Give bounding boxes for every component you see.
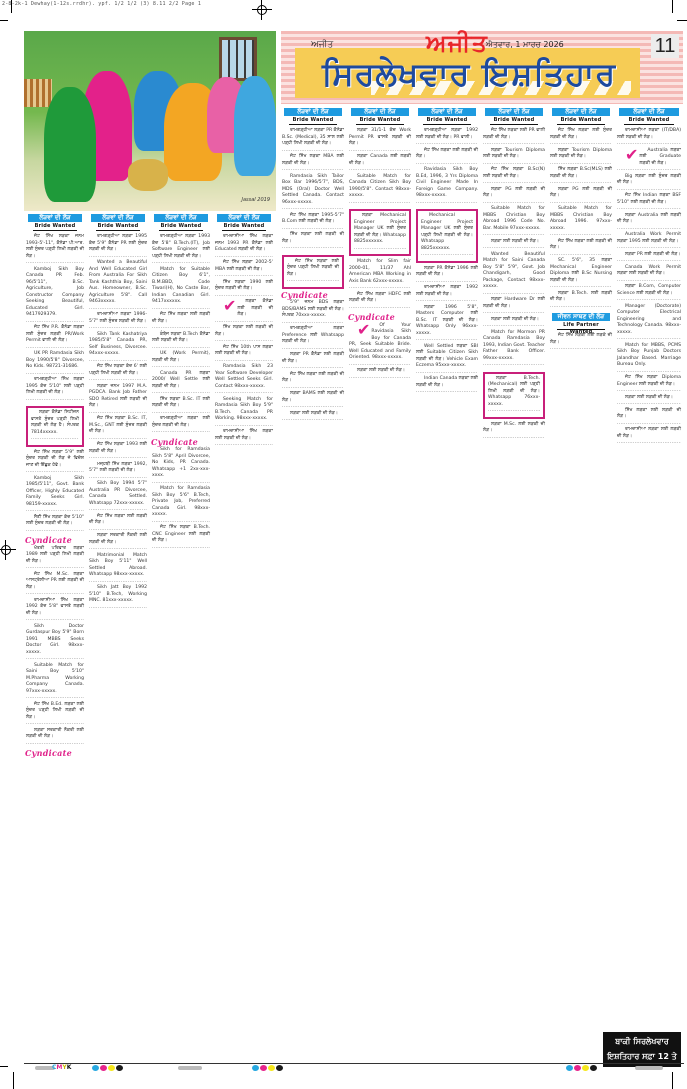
ad-text: ਲੜਕਾ PG ਲਈ ਲੜਕੀ ਦੀ ਲੋੜ। bbox=[550, 187, 612, 199]
crop-mark bbox=[672, 0, 673, 13]
ad-text: ਜੱਟ ਸਿੱਖ ਲੜਕੀ ਲਈ ਲੜਕੇ ਦੀ ਲੋੜ। bbox=[550, 333, 612, 345]
magenta-dot-icon bbox=[260, 1065, 267, 1071]
classified-ad: ਜੱਟ ਸਿੱਖ ਲੜਕੀ ਲਈ ਲੜਕੇ ਦੀ ਲੋੜ।1Sw bbox=[550, 333, 612, 353]
cyndicate-logo: Cyndicate bbox=[25, 537, 85, 544]
ad-text: ਜੱਟ ਸਿੱਖ M.Sc. ਲੜਕਾ ਆਸਟ੍ਰੇਲੀਆ PR ਲਈ ਲੜਕੀ… bbox=[26, 572, 84, 590]
classified-ad: ਲੜਕਾ ਲਈ ਲੜਕੀ ਦੀ ਲੋੜ।17w bbox=[483, 317, 545, 330]
classified-ad: ਲੜਕਾ 31/1-1 ਕੱਦ Work Permit PR ਵਾਸਤੇ ਲੜਕ… bbox=[349, 128, 411, 154]
classified-ad: ਲੜਕਾ BAMS ਲਈ ਲੜਕੀ ਦੀ ਲੋੜ।1Sw bbox=[282, 391, 344, 411]
ad-text: ਰਾਮਦਾਸੀਆ ਲੜਕਾ 1992 ਲਈ ਲੜਕੀ ਦੀ ਲੋੜ। bbox=[416, 285, 478, 297]
ad-text: ਜੱਟ ਸਿੱਖ ਲੜਕਾ ਜਨਮ 1993-5'-11", ਕੈਨੇਡਾ ਪੀ… bbox=[26, 234, 84, 259]
column-header: ਲੋੜਵਾਂ ਦੀ ਲੋੜ bbox=[552, 108, 610, 116]
classified-ad: ਲੜਕਾ ਜਨਮ 1997 M.A. PGDCA. Bank Job Fathe… bbox=[89, 384, 147, 417]
crop-mark bbox=[672, 1072, 673, 1089]
ad-text: ਲੜਕਾ B.Tech. ਲਈ ਲੜਕੀ ਦੀ ਲੋੜ। bbox=[550, 291, 612, 303]
boxed-classified-ad: Mechanical Engineer Project Manager UK ਲ… bbox=[416, 209, 478, 263]
magenta-dot-icon bbox=[574, 1065, 581, 1071]
classified-ad: ਲੜਕਾ ਲਈ ਲੜਕੀ ਦੀ ਲੋੜ।17w bbox=[617, 395, 681, 408]
ad-text: ਰਾਮਗੜ੍ਹੀਆ ਲੜਕਾ 1993 ਕੱਦ 5'8" B.Tech.(IT)… bbox=[152, 234, 210, 259]
newspaper-name-small: ਅਜੀਤ bbox=[311, 40, 333, 50]
column-subheader: Bride Wanted bbox=[159, 223, 203, 231]
continued-line-1: ਬਾਕੀ ਸਿਰਲੇਖਵਾਰ bbox=[603, 1034, 681, 1049]
ad-code: 1Sw bbox=[89, 605, 147, 612]
yellow-dot-icon bbox=[582, 1065, 589, 1071]
ad-text: ਮਜ਼੍ਹਬੀ ਸਿੱਖ ਲੜਕਾ 1992, 5'7" ਲਈ ਲੜਕੀ ਦੀ … bbox=[89, 462, 147, 474]
classified-ad: Match for Ramdasia Sikh Boy 5'6" B.Tech,… bbox=[152, 486, 210, 525]
ad-text: ਲੜਕਾ PR ਕੈਨੇਡਾ ਲਈ ਲੜਕੀ ਦੀ ਲੋੜ। bbox=[282, 352, 344, 364]
classified-ad: ਰਾਮਗੜ੍ਹੀਆ ਸਿੱਖ ਲੜਕਾ 1995 ਕੱਦ 5'10" ਲਈ ਪੜ… bbox=[26, 377, 84, 403]
classified-ad: ਜੱਟ ਸਿੱਖ ਲੜਕਾ ਲਈ ਲੜਕੀ ਦੀ ਲੋੜ।1Sw bbox=[152, 312, 210, 332]
column-subheader: Bride Wanted bbox=[490, 117, 538, 125]
classified-column: ਲੋੜਵਾਂ ਦੀ ਲੋੜBride Wantedਜੱਟ ਸਿੱਖ ਲੜਕਾ ਲ… bbox=[482, 108, 546, 1060]
ad-text: ਸਿੱਖ ਲੜਕਾ ਲਈ ਲੜਕੀ ਦੀ ਲੋੜ। bbox=[215, 325, 273, 337]
classified-ad: ਜੱਟ ਸਿੱਖ ਲੜਕਾ ਲਈ ਲੜਕੀ ਦੀ ਲੋੜ।1Sw bbox=[550, 239, 612, 259]
ad-text: Sikh for Ramdasia Sikh 5'8" April Divorc… bbox=[152, 447, 210, 478]
column-subheader: Bride Wanted bbox=[33, 223, 77, 231]
ad-text: ਲੜਕਾ M.Sc. ਲਈ ਲੜਕੀ ਦੀ ਲੋੜ। bbox=[483, 422, 545, 434]
ad-code: 17w bbox=[282, 417, 344, 424]
ad-text: ਲੜਕਾ ਲਈ ਲੜਕੀ ਦੀ ਲੋੜ। bbox=[491, 317, 539, 322]
ad-code: 1Sw bbox=[416, 200, 478, 207]
ad-code: 1Sw bbox=[550, 346, 612, 353]
cyan-dot-icon bbox=[252, 1065, 259, 1071]
ad-text: Ravidasia Sikh Boy B.Ed, 1996, 3 Yrs Dip… bbox=[416, 167, 478, 198]
ad-code: 1Sw bbox=[26, 741, 84, 748]
classified-column: ਲੋੜਵਾਂ ਦੀ ਲੋੜBride Wantedਰਾਮਦਾਸੀਆ ਲੜਕਾ (… bbox=[616, 108, 682, 1028]
ad-text: ਲੜਕਾ Canada ਲਈ ਲੜਕੀ ਦੀ ਲੋੜ। bbox=[349, 154, 411, 166]
classified-ad: Ramdasia Sikh 23 Year Software Developer… bbox=[215, 364, 273, 397]
figure-green bbox=[44, 87, 96, 202]
column-subheader: Bride Wanted bbox=[624, 117, 674, 125]
checkmark-icon: ✔ bbox=[349, 323, 370, 337]
yellow-dot-icon bbox=[268, 1065, 275, 1071]
column-header: ਲੋੜਵਾਂ ਦੀ ਲੋੜ bbox=[485, 108, 543, 116]
black-dot-icon bbox=[276, 1065, 283, 1071]
classified-ad: ✔ਲੜਕਾ ਕੈਨੇਡਾ ਲਈ ਲੜਕੀ ਦੀ ਲੋੜ।1Sw bbox=[215, 299, 273, 325]
classified-ad: ਲੜਕਾ Australia ਲਈ ਲੜਕੀ ਦੀ ਲੋੜ।1Sw bbox=[617, 213, 681, 233]
cmyk-swatch bbox=[92, 1065, 123, 1071]
classified-ad: ਜੱਟ ਸਿੱਖ ਲੜਕਾ HDFC ਲਈ ਲੜਕੀ ਦੀ ਲੋੜ।20w bbox=[349, 292, 411, 312]
bottom-rule bbox=[24, 1063, 684, 1064]
ad-code: 20w bbox=[287, 278, 339, 285]
classified-ad: ਰਾਮਦਾਸੀਆ ਲੜਕਾ 1992 ਲਈ ਲੜਕੀ ਦੀ ਲੋੜ।20w bbox=[416, 285, 478, 305]
classified-ad: ਰਾਮਦਾਸੀਆ ਸਿੱਖ ਲੜਕਾ ਜਨਮ 1993 PR ਕੈਨੇਡਾ ਲਈ… bbox=[215, 234, 273, 260]
ad-text: ਸਿੱਖ ਲੜਕਾ ਲਈ ਲੜਕੀ ਦੀ ਲੋੜ। bbox=[617, 408, 681, 420]
classified-ad: Big ਲੜਕਾ ਲਈ ਸੁੰਦਰ ਲੜਕੀ ਦੀ ਲੋੜ।1Sw bbox=[617, 174, 681, 194]
ad-text: ਲੜਕਾ Australia ਲਈ ਲੜਕੀ ਦੀ ਲੋੜ। bbox=[617, 213, 681, 225]
ad-code: 1Sw bbox=[349, 375, 411, 382]
boxed-classified-ad: ਲੜਕਾ B.Tech. (Mechanical) ਲਈ ਪੜ੍ਹੀ ਲਿਖੀ … bbox=[483, 372, 545, 419]
ad-code: 17w bbox=[483, 362, 545, 369]
crop-mark bbox=[0, 1066, 8, 1067]
classified-ad: ਲੜਕਾ ਲਈ ਲੜਕੀ ਦੀ ਲੋੜ।17w bbox=[282, 411, 344, 424]
magenta-dot-icon bbox=[100, 1065, 107, 1071]
classified-ad: ਸਿੱਖ ਲੜਕਾ B.Sc(MLS) ਲਈ ਲੜਕੀ ਦੀ ਲੋੜ।17w bbox=[550, 167, 612, 187]
ad-text: Australia Work Permit ਲੜਕਾ 1995 ਲਈ ਲੜਕੀ … bbox=[617, 232, 681, 244]
ad-text: ਜੱਟ ਸਿੱਖ ਲੜਕਾ ਲਈ ਲੜਕੀ ਦੀ ਲੋੜ। bbox=[152, 312, 210, 324]
ad-text: Match for Suitable Citizen Boy 6'1", B.M… bbox=[152, 267, 210, 305]
classified-ad: Sikh for Ramdasia Sikh 5'8" April Divorc… bbox=[152, 447, 210, 486]
classified-ad: ਜੱਟ ਸਿੱਖ ਲੜਕਾ B.Sc. IT, M.Sc., GNT ਲਈ ਸੁ… bbox=[89, 416, 147, 442]
classified-ad: Wanted Beautiful Match for Saini Canada … bbox=[483, 252, 545, 298]
ad-text: Kamboj Sikh Boy Canada PR Feb. 96/5'11",… bbox=[26, 267, 84, 318]
cmyk-label: CMYK bbox=[52, 1064, 71, 1071]
classified-ad: Indian Canada ਲੜਕਾ ਲਈ ਲੜਕੀ ਦੀ ਲੋੜ।20w bbox=[416, 376, 478, 396]
classified-ad: ਰਾਮਗੜ੍ਹੀਆ ਲੜਕਾ ਲਈ ਸੁੰਦਰ ਲੜਕੀ ਦੀ ਲੋੜ।1Sw bbox=[152, 416, 210, 436]
ad-text: Suitable Match for MBBS Christian Boy Ab… bbox=[483, 206, 545, 231]
ad-text: Sikh Jatt Boy 1992 5'10" B.Tech, Working… bbox=[89, 585, 147, 603]
ad-text: ਜੱਟ ਸਿੱਖ ਲੜਕਾ 5'9" ਲਈ ਸੁੰਦਰ ਲੜਕੀ ਦੀ ਲੋੜ … bbox=[26, 450, 84, 468]
crop-mark bbox=[0, 20, 8, 21]
classified-ad: ਜੱਟ ਸਿੱਖ B.Ed. ਲੜਕਾ ਲਈ ਸੁੰਦਰ ਪੜ੍ਹੀ ਲਿਖੀ … bbox=[26, 702, 84, 728]
classified-ad: ਲੜਕਾ PG ਲਈ ਲੜਕੀ ਦੀ ਲੋੜ।1Sw bbox=[550, 187, 612, 207]
ad-text: ਜੱਟ ਸਿੱਖ ਲੜਕਾ ਲਈ PR ਵਾਲੀ ਲੜਕੀ ਦੀ ਲੋੜ। bbox=[483, 128, 545, 140]
ad-text: ਲੜਕਾ ਸਰਕਾਰੀ ਨੌਕਰੀ ਲਈ ਲੜਕੀ ਦੀ ਲੋੜ। bbox=[89, 533, 147, 545]
classified-ad: SC. 5'6", 35 ਲੜਕਾ Mechanical Engineer Di… bbox=[550, 258, 612, 291]
classified-ad: Sikh Boy 1994 5'7" Australia PR Divorcee… bbox=[89, 481, 147, 514]
classified-ad: Match for Mormon PR Canada Ramdasia Boy … bbox=[483, 330, 545, 369]
ad-text: Mechanical Engineer Project Manager UK ਲ… bbox=[421, 213, 473, 251]
ad-text: ਲੜਕਾ 1996 5'8", Masters Computer ਲਈ B.Sc… bbox=[416, 305, 478, 336]
basket-illustration bbox=[128, 159, 168, 191]
ad-text: ਰਾਮਗੜ੍ਹੀਆ ਲੜਕਾ PR ਕੈਨੇਡਾ B.Sc. (Medical)… bbox=[282, 128, 344, 146]
ad-text: ਜੱਟ ਸਿੱਖ P.R. ਕੈਨੇਡਾ ਲੜਕਾ ਲਈ ਸੁੰਦਰ ਲੜਕੀ … bbox=[26, 325, 84, 343]
boxed-classified-ad: ਜੱਟ ਸਿੱਖ ਲੜਕਾ ਲਈ ਸੁੰਦਰ ਪੜ੍ਹੀ ਲਿਖੀ ਲੜਕੀ ਦ… bbox=[282, 255, 344, 289]
classified-ad: Manager (Doctorate) Computer Electrical … bbox=[617, 304, 681, 343]
classified-ad: ਲੜਕਾ ਸਰਕਾਰੀ ਨੌਕਰੀ ਲਈ ਲੜਕੀ ਦੀ ਲੋੜ।1Sw bbox=[26, 728, 84, 748]
classified-ad: ਲੜਕਾ ਲਈ ਲੜਕੀ ਦੀ ਲੋੜ।1Sw bbox=[349, 368, 411, 381]
classified-ad: Sikh Jatt Boy 1992 5'10" B.Tech, Working… bbox=[89, 585, 147, 611]
ad-text: ਲੜਕਾ Hardware Dr ਲਈ ਲੜਕੀ ਦੀ ਲੋੜ। bbox=[483, 297, 545, 309]
yellow-dot-icon bbox=[108, 1065, 115, 1071]
classified-ad: Match for MBBS, PCMS Sikh Boy Punjab Doc… bbox=[617, 343, 681, 376]
boxed-classified-ad: ਲੜਕਾ Mechanical Engineer Project Manager… bbox=[349, 209, 411, 256]
classified-ad: ਜੱਟ ਸਿੱਖ ਲੜਕਾ ਜਨਮ 1993-5'-11", ਕੈਨੇਡਾ ਪੀ… bbox=[26, 234, 84, 267]
life-partner-subheader: Life Partner Wanted bbox=[557, 322, 605, 330]
ad-text: Match for Mormon PR Canada Ramdasia Boy … bbox=[483, 330, 545, 361]
ad-text: Match for Slim fair 2000-01, 11/37 Ahl A… bbox=[349, 259, 411, 284]
ad-text: ਲੜਕਾ 31/1-1 ਕੱਦ Work Permit PR ਵਾਸਤੇ ਲੜਕ… bbox=[349, 128, 411, 146]
ad-text: Sikh Tank Kashatriya 1985/5'8" Canada PR… bbox=[89, 332, 147, 357]
column-header: ਲੋੜਵਾਂ ਦੀ ਲੋੜ bbox=[91, 214, 145, 222]
classified-ad: ✔Australia ਲੜਕਾ ਲਈ Graduate ਲੜਕੀ ਦੀ ਲੋੜ।… bbox=[617, 148, 681, 174]
classified-ad: 5'9" ਜਨਮ BDS ਲੜਕਾ BDS/BAMS ਲਈ ਲੜਕੀ ਦੀ ਲੋ… bbox=[282, 300, 344, 326]
ad-text: ਲੜਕਾ ਕੈਨੇਡਾ ਲਈ ਲੜਕੀ ਦੀ ਲੋੜ। bbox=[237, 299, 273, 317]
classified-ad: ਰਾਮਦਾਸੀਆ ਸਿੱਖ ਲੜਕਾ ਲਈ ਲੜਕੀ ਦੀ ਲੋੜ।17w bbox=[215, 429, 273, 449]
classified-ad: Ravidasia Sikh Boy B.Ed, 1996, 3 Yrs Dip… bbox=[416, 167, 478, 206]
classified-ad: ਜੱਟ ਸਿੱਖ ਲੜਕਾ ਲਈ ਲੜਕੀ ਦੀ ਲੋੜ।1Sw bbox=[89, 514, 147, 534]
ad-code: 17w bbox=[215, 442, 273, 449]
column-header: ਲੋੜਵਾਂ ਦੀ ਲੋੜ bbox=[154, 214, 208, 222]
ad-code: 1Sw bbox=[550, 304, 612, 311]
ad-text: ਲੜਕਾ B.Tech. (Mechanical) ਲਈ ਪੜ੍ਹੀ ਲਿਖੀ … bbox=[488, 376, 540, 407]
ad-text: ਰਾਮਦਾਸੀਆ ਲੜਕਾ ਲਈ ਲੜਕੀ ਦੀ ਲੋੜ। bbox=[617, 427, 681, 439]
ad-code: 20w bbox=[31, 436, 79, 443]
ad-text: ਸਿੱਖ ਲੜਕਾ B.Sc(MLS) ਲਈ ਲੜਕੀ ਦੀ ਲੋੜ। bbox=[550, 167, 612, 179]
classified-ad: ਸਿੱਖ ਲੜਕਾ ਲਈ ਲੜਕੀ ਦੀ ਲੋੜ।1Sw bbox=[282, 232, 344, 252]
classified-ad: Suitable Match for Saini Boy 5'10" M.Pha… bbox=[26, 663, 84, 702]
boxed-classified-ad: ਲੜਕਾ ਕੈਨੇਡਾ ਸਿਟੀਜ਼ਨ ਵਾਸਤੇ ਸੁੰਦਰ ਪੜ੍ਹੀ ਲਿ… bbox=[26, 406, 84, 447]
ad-text: ਲੜਕਾ ਸਰਕਾਰੀ ਨੌਕਰੀ ਲਈ ਲੜਕੀ ਦੀ ਲੋੜ। bbox=[26, 728, 84, 740]
classified-ad: ਲੜਕਾ PG ਲਈ ਲੜਕੀ ਦੀ ਲੋੜ।1Sw bbox=[483, 187, 545, 207]
ad-text: UK PR Ramdasia Sikh Boy 1990/5'8" Divorc… bbox=[26, 351, 84, 369]
ad-code: 17w bbox=[26, 528, 84, 535]
classified-ad: ਲੜਕਾ M.Sc. ਲਈ ਲੜਕੀ ਦੀ ਲੋੜ।1Sw bbox=[483, 422, 545, 442]
cmyk-swatch bbox=[252, 1065, 283, 1071]
ad-text: ਖੱਤਰੀ ਪਰਿਵਾਰ ਲੜਕਾ 1989 ਲਈ ਪੜ੍ਹੀ ਲਿਖੀ ਲੜਕ… bbox=[26, 546, 84, 564]
crop-mark bbox=[13, 1072, 14, 1089]
ad-code: 20w bbox=[421, 252, 473, 259]
ad-text: ਲੜਕਾ Mechanical Engineer Project Manager… bbox=[354, 213, 406, 244]
classified-ad: Suitable Match for MBBS Christian Boy Ab… bbox=[483, 206, 545, 239]
classified-ad: ਰਾਮਗੜ੍ਹੀਆ ਲੜਕਾ 1993 ਕੱਦ 5'8" B.Tech.(IT)… bbox=[152, 234, 210, 267]
ad-text: ਲੜਕਾ PR ਕੈਨੇਡਾ 1996 ਲਈ ਲੜਕੀ ਦੀ ਲੋੜ। bbox=[416, 266, 478, 278]
crop-mark bbox=[677, 20, 687, 21]
classified-ad: ਸਿੱਖ ਲੜਕਾ ਲਈ ਲੜਕੀ ਦੀ ਲੋੜ।23w bbox=[617, 408, 681, 428]
ad-text: ਜੱਟ ਸਿੱਖ ਲੜਕਾ HDFC ਲਈ ਲੜਕੀ ਦੀ ਲੋੜ। bbox=[349, 292, 411, 304]
ad-text: ਜੱਟ ਸਿੱਖ 10th ਪਾਸ ਲੜਕਾ ਲਈ ਲੜਕੀ ਦੀ ਲੋੜ। bbox=[215, 345, 273, 357]
classified-column: ਲੋੜਵਾਂ ਦੀ ਲੋੜBride Wantedਲੜਕਾ 31/1-1 ਕੱਦ… bbox=[348, 108, 412, 1060]
ad-text: ਲੜਕਾ ਲਈ ਲੜਕੀ ਦੀ ਲੋੜ। bbox=[290, 411, 338, 416]
black-dot-icon bbox=[590, 1065, 597, 1071]
classified-column: ਲੋੜਵਾਂ ਦੀ ਲੋੜBride Wantedਰਾਮਗੜ੍ਹੀਆ ਲੜਕਾ … bbox=[415, 108, 479, 1060]
classified-ad: ਰਾਮਦਾਸੀਆ ਸਿੱਖ ਲੜਕਾ 1992 ਕੱਦ 5'8" ਵਾਸਤੇ ਲ… bbox=[26, 598, 84, 624]
classified-ad: ਜੱਟ ਸਿੱਖ ਲੜਕਾ Diploma Engineer ਲਈ ਲੜਕੀ ਦ… bbox=[617, 375, 681, 395]
ad-code: 20w bbox=[488, 408, 540, 415]
classified-ad: ਸਿੱਖ ਲੜਕਾ ਲਈ ਲੜਕੀ ਦੀ ਲੋੜ।1Sw bbox=[215, 325, 273, 345]
ad-text: ਰਾਮਗੜ੍ਹੀਆ ਲੜਕਾ ਲਈ ਸੁੰਦਰ ਲੜਕੀ ਦੀ ਲੋੜ। bbox=[152, 416, 210, 428]
ad-text: ਜੱਟ ਸਿੱਖ ਲੜਕਾ ਲਈ ਲੜਕੀ ਦੀ ਲੋੜ। bbox=[416, 148, 478, 160]
column-subheader: Bride Wanted bbox=[557, 117, 605, 125]
classified-ad: ਜੱਟ ਸਿੱਖ 10th ਪਾਸ ਲੜਕਾ ਲਈ ਲੜਕੀ ਦੀ ਲੋੜ।17… bbox=[215, 345, 273, 365]
classified-ad: Seeking Match for Ramdasia Sikh Boy 5'9"… bbox=[215, 397, 273, 430]
ad-text: ਸੈਣੀ ਸਿੱਖ ਲੜਕਾ ਕੱਦ 5'10" ਲਈ ਸੁੰਦਰ ਲੜਕੀ ਦ… bbox=[26, 515, 84, 527]
ad-text: ਲੜਕਾ PG ਲਈ ਲੜਕੀ ਦੀ ਲੋੜ। bbox=[483, 187, 545, 199]
classified-ad: Sikh Doctor Gurdaspur Boy 5'9" Born 1991… bbox=[26, 624, 84, 663]
classified-ad: ਲੜਕਾ Hardware Dr ਲਈ ਲੜਕੀ ਦੀ ਲੋੜ।20w bbox=[483, 297, 545, 317]
ad-text: ਸਿੱਖ ਲੜਕਾ B.Sc. IT ਲਈ ਲੜਕੀ ਦੀ ਲੋੜ। bbox=[152, 397, 210, 409]
classified-ad: ਰਾਮਗੜ੍ਹੀਆ ਲੜਕਾ PR ਕੈਨੇਡਾ B.Sc. (Medical)… bbox=[282, 128, 344, 154]
classified-ad: ਸਿੱਖ ਲੜਕਾ B.Sc. IT ਲਈ ਲੜਕੀ ਦੀ ਲੋੜ।17w bbox=[152, 397, 210, 417]
ad-text: Suitable Match for Saini Boy 5'10" M.Pha… bbox=[26, 663, 84, 694]
ad-text: Big ਲੜਕਾ ਲਈ ਸੁੰਦਰ ਲੜਕੀ ਦੀ ਲੋੜ। bbox=[617, 174, 681, 186]
classified-ad: ਜੱਟ ਸਿੱਖ ਲੜਕਾ 1993 ਲਈ ਲੜਕੀ ਦੀ ਲੋੜ।1Sw bbox=[89, 442, 147, 462]
classified-ad: ਲੜਕਾ B.Tech. ਲਈ ਲੜਕੀ ਦੀ ਲੋੜ।1Sw bbox=[550, 291, 612, 311]
ad-code: 1Sw bbox=[152, 545, 210, 552]
crop-mark bbox=[11, 0, 12, 13]
classified-ad: UK PR Ramdasia Sikh Boy 1990/5'8" Divorc… bbox=[26, 351, 84, 377]
ad-text: ਜੱਟ ਸਿੱਖ B.Ed. ਲੜਕਾ ਲਈ ਸੁੰਦਰ ਪੜ੍ਹੀ ਲਿਖੀ … bbox=[26, 702, 84, 720]
ad-text: ਲੜਕਾ ਲਈ ਲੜਕੀ ਦੀ ਲੋੜ। bbox=[625, 395, 673, 400]
ad-text: ਜੱਟ ਸਿੱਖ ਲੜਕਾ ਲਈ ਲੜਕੀ ਦੀ ਲੋੜ। bbox=[282, 372, 344, 384]
classified-ad: ਮਜ਼੍ਹਬੀ ਸਿੱਖ ਲੜਕਾ 1992, 5'7" ਲਈ ਲੜਕੀ ਦੀ … bbox=[89, 462, 147, 482]
ad-text: ਲੜਕਾ ਲਈ ਲੜਕੀ ਦੀ ਲੋੜ। bbox=[357, 368, 405, 373]
classified-ad: Match for Suitable Citizen Boy 6'1", B.M… bbox=[152, 267, 210, 313]
ad-text: UK (Work Permit), ਲੜਕੀ ਦੀ ਲੋੜ। bbox=[152, 351, 210, 363]
page-number: 11 bbox=[651, 34, 679, 58]
ad-text: ਲੜਕਾ Tourism Diploma ਲਈ ਲੜਕੀ ਦੀ ਲੋੜ। bbox=[483, 148, 545, 160]
ad-text: ਜੱਟ ਸਿੱਖ Indian ਲੜਕਾ BSF 5'10" ਲਈ ਲੜਕੀ ਦ… bbox=[617, 193, 681, 205]
column-subheader: Bride Wanted bbox=[222, 223, 266, 231]
ad-text: ਜੱਟ ਸਿੱਖ ਲੜਕਾ Diploma Engineer ਲਈ ਲੜਕੀ ਦ… bbox=[617, 375, 681, 387]
ad-code: 1Sw bbox=[617, 440, 681, 447]
ad-text: Australia ਲੜਕਾ ਲਈ Graduate ਲੜਕੀ ਦੀ ਲੋੜ। bbox=[639, 148, 681, 166]
ad-code: 1Sw bbox=[282, 245, 344, 252]
classified-ad: Suitable Match for MBBS Christian Boy Ab… bbox=[550, 206, 612, 239]
life-partner-header: ਜੀਵਨ ਸਾਥਣ ਦੀ ਲੋੜ bbox=[552, 313, 610, 321]
ad-text: ਲੜਕਾ BAMS ਲਈ ਲੜਕੀ ਦੀ ਲੋੜ। bbox=[282, 391, 344, 403]
ad-text: ਜੱਟ ਸਿੱਖ ਲੜਕਾ 1995-5'7" B.Com ਲਈ ਲੜਕੀ ਦੀ… bbox=[282, 213, 344, 225]
column-subheader: Bride Wanted bbox=[423, 117, 471, 125]
classified-ad: Kamboj Sikh Boy Canada PR Feb. 96/5'11",… bbox=[26, 267, 84, 326]
ad-text: ਜੱਟ ਸਿੱਖ ਲੜਕਾ ਕੱਦ 6' ਲਈ ਪੜ੍ਹੀ ਲਿਖੀ ਲੜਕੀ … bbox=[89, 364, 147, 376]
ad-text: ਸਿੱਖ ਲੜਕਾ 1990 ਲਈ ਸੁੰਦਰ ਲੜਕੀ ਦੀ ਲੋੜ। bbox=[215, 280, 273, 292]
classified-column: ਲੋੜਵਾਂ ਦੀ ਲੋੜBride Wantedਰਾਮਗੜ੍ਹੀਆ ਲੜਕਾ … bbox=[88, 214, 148, 1060]
column-header: ਲੋੜਵਾਂ ਦੀ ਲੋੜ bbox=[284, 108, 342, 116]
classified-ad: ਲੜਕਾ Canada ਲਈ ਲੜਕੀ ਦੀ ਲੋੜ।1Sw bbox=[349, 154, 411, 174]
classified-ad: Kamboj Sikh 1985/5'11", Govt. Bank Offic… bbox=[26, 476, 84, 515]
ad-text: Seeking Match for Ramdasia Sikh Boy 5'9"… bbox=[215, 397, 273, 422]
artist-signature: Jassal 2019 bbox=[241, 197, 270, 203]
ad-text: ਰਾਮਦਾਸੀਆ ਲੜਕਾ (IT/DBA) ਲਈ ਲੜਕੀ ਦੀ ਲੋੜ। bbox=[617, 128, 681, 140]
classified-column: ਲੋੜਵਾਂ ਦੀ ਲੋੜBride Wantedਰਾਮਦਾਸੀਆ ਸਿੱਖ ਲ… bbox=[214, 214, 274, 1060]
classified-ad: ਜੱਟ ਸਿੱਖ ਲੜਕਾ MBA ਲਈ ਲੜਕੀ ਦੀ ਲੋੜ।27w bbox=[282, 154, 344, 174]
classified-column: ਲੋੜਵਾਂ ਦੀ ਲੋੜBride Wantedਜੱਟ ਸਿੱਖ ਲੜਕਾ ਲ… bbox=[549, 108, 613, 1060]
column-header: ਲੋੜਵਾਂ ਦੀ ਲੋੜ bbox=[619, 108, 679, 116]
ad-text: Match for MBBS, PCMS Sikh Boy Punjab Doc… bbox=[617, 343, 681, 368]
classified-ad: ਲੜਕਾ PR ਕੈਨੇਡਾ ਲਈ ਲੜਕੀ ਦੀ ਲੋੜ।1Sw bbox=[282, 352, 344, 372]
cyndicate-logo: Cyndicate bbox=[151, 439, 211, 446]
classified-ad: ਰਾਮਦਾਸੀਆ ਲੜਕਾ ਲਈ ਲੜਕੀ ਦੀ ਲੋੜ।1Sw bbox=[617, 427, 681, 447]
classified-ad: Canada PR ਲੜਕਾ 2000/ Well Settle ਲਈ ਲੜਕੀ… bbox=[152, 371, 210, 397]
classified-ad: ਜੱਟ ਸਿੱਖ Indian ਲੜਕਾ BSF 5'10" ਲਈ ਲੜਕੀ ਦ… bbox=[617, 193, 681, 213]
cyndicate-logo: Cyndicate bbox=[348, 314, 412, 321]
classified-ad: Matrimonial Match Sikh Boy 5'11" Well Se… bbox=[89, 553, 147, 586]
ad-text: ਲੜਕਾ ਕੈਨੇਡਾ ਸਿਟੀਜ਼ਨ ਵਾਸਤੇ ਸੁੰਦਰ ਪੜ੍ਹੀ ਲਿ… bbox=[31, 410, 79, 435]
classified-ad: ਜੱਟ ਸਿੱਖ ਲੜਕਾ ਲਈ ਸੁੰਦਰ ਲੜਕੀ ਦੀ ਲੋੜ।1Sw bbox=[550, 128, 612, 148]
ad-text: Matrimonial Match Sikh Boy 5'11" Well Se… bbox=[89, 553, 147, 578]
charpai-illustration bbox=[24, 79, 52, 107]
ad-text: Kamboj Sikh 1985/5'11", Govt. Bank Offic… bbox=[26, 476, 84, 507]
ad-code: 20w bbox=[354, 246, 406, 253]
classified-ad: ਲੜਕਾ PR ਲਈ ਲੜਕੀ ਦੀ ਲੋੜ।1Sw bbox=[617, 252, 681, 265]
classified-ad: ਲੜਕਾ ਸਰਕਾਰੀ ਨੌਕਰੀ ਲਈ ਲੜਕੀ ਦੀ ਲੋੜ।1Sw bbox=[89, 533, 147, 553]
grey-bar bbox=[178, 1066, 202, 1070]
classified-ad: ਜੱਟ ਸਿੱਖ ਲੜਕਾ B.Sc(N) ਲਈ ਲੜਕੀ ਦੀ ਲੋੜ।17w bbox=[483, 167, 545, 187]
ad-text: ਜੱਟ ਸਿੱਖ ਲੜਕਾ 1993 ਲਈ ਲੜਕੀ ਦੀ ਲੋੜ। bbox=[89, 442, 147, 454]
ad-text: Wanted a Beautiful And Well Educated Gir… bbox=[89, 260, 147, 304]
classified-ad: ਰਾਮਗੜ੍ਹੀਆ ਲੜਕਾ 1995 ਕੱਦ 5'9" ਕੈਨੇਡਾ PR ਲ… bbox=[89, 234, 147, 260]
classified-ad: Well Settled ਲੜਕਾ SBI ਲਈ Suitable Citize… bbox=[416, 344, 478, 377]
section-title: ਸਿਰਲੇਖਵਾਰ ਇਸ਼ਤਿਹਾਰ bbox=[299, 52, 639, 96]
ad-text: ਲੜਕਾ Tourism Diploma ਲਈ ਲੜਕੀ ਦੀ ਲੋੜ। bbox=[550, 148, 612, 160]
column-header: ਲੋੜਵਾਂ ਦੀ ਲੋੜ bbox=[418, 108, 476, 116]
ad-text: ਲੜਕਾ ਲਈ ਲੜਕੀ ਦੀ ਲੋੜ। bbox=[491, 239, 539, 244]
column-subheader: Bride Wanted bbox=[289, 117, 337, 125]
classified-ad: ✔Of Your Ravidasia Sikh Boy for Canada P… bbox=[349, 323, 411, 369]
ad-text: ਜੱਟ ਸਿੱਖ ਲੜਕਾ MBA ਲਈ ਲੜਕੀ ਦੀ ਲੋੜ। bbox=[282, 154, 344, 166]
classified-ad: ਰਾਮਦਾਸੀਆ ਲੜਕਾ 1996-5'7" ਲਈ ਸੁੰਦਰ ਲੜਕੀ ਦੀ… bbox=[89, 312, 147, 332]
ad-text: ਜੱਟ ਸਿੱਖ ਲੜਕਾ ਲਈ ਲੜਕੀ ਦੀ ਲੋੜ। bbox=[550, 239, 612, 251]
classified-ad: ਜੱਟ ਸਿੱਖ ਲੜਕਾ ਕੱਦ 6' ਲਈ ਪੜ੍ਹੀ ਲਿਖੀ ਲੜਕੀ … bbox=[89, 364, 147, 384]
classified-ad: ਸਿੱਖ ਲੜਕਾ 1990 ਲਈ ਸੁੰਦਰ ਲੜਕੀ ਦੀ ਲੋੜ।17w bbox=[215, 280, 273, 300]
column-subheader: Bride Wanted bbox=[96, 223, 140, 231]
ad-text: ਜੱਟ ਸਿੱਖ ਲੜਕਾ ਲਈ ਸੁੰਦਰ ਪੜ੍ਹੀ ਲਿਖੀ ਲੜਕੀ ਦ… bbox=[287, 259, 339, 277]
classified-ad: ਸੈਣੀ ਸਿੱਖ ਲੜਕਾ ਕੱਦ 5'10" ਲਈ ਸੁੰਦਰ ਲੜਕੀ ਦ… bbox=[26, 515, 84, 535]
classified-ad: ਲੜਕਾ PR ਕੈਨੇਡਾ 1996 ਲਈ ਲੜਕੀ ਦੀ ਲੋੜ।1Sw bbox=[416, 266, 478, 286]
black-dot-icon bbox=[116, 1065, 123, 1071]
column-header: ਲੋੜਵਾਂ ਦੀ ਲੋੜ bbox=[28, 214, 82, 222]
ad-text: Sikh Boy 1994 5'7" Australia PR Divorcee… bbox=[89, 481, 147, 506]
classified-ad: ਲੜਕਾ Tourism Diploma ਲਈ ਲੜਕੀ ਦੀ ਲੋੜ।1Sw bbox=[483, 148, 545, 168]
ad-code: 1Sw bbox=[349, 200, 411, 207]
ad-text: 5'9" ਜਨਮ BDS ਲੜਕਾ BDS/BAMS ਲਈ ਲੜਕੀ ਦੀ ਲੋ… bbox=[282, 300, 344, 318]
registration-mark-icon bbox=[0, 540, 16, 560]
ad-text: ਜੱਟ ਸਿੱਖ ਲੜਕਾ ਲਈ ਲੜਕੀ ਦੀ ਲੋੜ। bbox=[89, 514, 147, 526]
classified-ad: ਲੜਕਾ B.Com, Computer Science ਲਈ ਲੜਕੀ ਦੀ … bbox=[617, 284, 681, 304]
ad-text: Canada Work Permit ਲੜਕਾ ਲਈ ਲੜਕੀ ਦੀ ਲੋੜ। bbox=[617, 265, 681, 277]
ad-text: ਜੱਟ ਸਿੱਖ ਲੜਕਾ 2002-5' MBA ਲਈ ਲੜਕੀ ਦੀ ਲੋੜ… bbox=[215, 260, 273, 272]
classified-column: ਲੋੜਵਾਂ ਦੀ ਲੋੜBride Wantedਜੱਟ ਸਿੱਖ ਲੜਕਾ ਜ… bbox=[25, 214, 85, 1060]
ad-text: ਲੜਕਾ PR ਲਈ ਲੜਕੀ ਦੀ ਲੋੜ। bbox=[625, 252, 680, 257]
ad-text: ਜੱਟ ਸਿੱਖ ਲੜਕਾ B.Tech. CNC Engineer ਲਈ ਲੜ… bbox=[152, 525, 210, 543]
classified-ad: ਜੱਟ ਸਿੱਖ ਲੜਕਾ 2002-5' MBA ਲਈ ਲੜਕੀ ਦੀ ਲੋੜ… bbox=[215, 260, 273, 280]
classified-ad: Match for Slim fair 2000-01, 11/37 Ahl A… bbox=[349, 259, 411, 292]
checkmark-icon: ✔ bbox=[215, 299, 236, 313]
ad-text: Canada PR ਲੜਕਾ 2000/ Well Settle ਲਈ ਲੜਕੀ… bbox=[152, 371, 210, 389]
cyan-dot-icon bbox=[92, 1065, 99, 1071]
ad-code: 1Sw bbox=[483, 435, 545, 442]
classified-ad: ਲੜਕਾ ਲਈ ਲੜਕੀ ਦੀ ਲੋੜ।1Sw bbox=[483, 239, 545, 252]
continued-line-2: ਇਸ਼ਤਿਹਾਰ ਸਫ਼ਾ 12 ਤੇ bbox=[603, 1049, 681, 1064]
column-header: ਲੋੜਵਾਂ ਦੀ ਲੋੜ bbox=[217, 214, 271, 222]
classified-ad: ਜੱਟ ਸਿੱਖ ਲੜਕਾ ਲਈ ਲੜਕੀ ਦੀ ਲੋੜ।1Sw bbox=[282, 372, 344, 392]
cyndicate-logo: Cyndicate bbox=[281, 292, 345, 299]
classified-ad: Sikh Tank Kashatriya 1985/5'8" Canada PR… bbox=[89, 332, 147, 365]
ad-text: ਰਾਮਦਾਸੀਆ ਲੜਕਾ 1996-5'7" ਲਈ ਸੁੰਦਰ ਲੜਕੀ ਦੀ… bbox=[89, 312, 147, 324]
ad-text: ਰਾਮਗੜ੍ਹੀਆ ਸਿੱਖ ਲੜਕਾ 1995 ਕੱਦ 5'10" ਲਈ ਪੜ… bbox=[26, 377, 84, 395]
classified-ad: ਖੱਤਰੀ ਪਰਿਵਾਰ ਲੜਕਾ 1989 ਲਈ ਪੜ੍ਹੀ ਲਿਖੀ ਲੜਕ… bbox=[26, 546, 84, 572]
registration-mark-icon bbox=[252, 0, 272, 20]
printer-slug: 2-8-2k-1 Dewhay(1-12s.rrdhr). ypf. 1/2 1… bbox=[2, 1, 201, 7]
classified-ad: ਜੱਟ ਸਿੱਖ ਲੜਕਾ ਲਈ PR ਵਾਲੀ ਲੜਕੀ ਦੀ ਲੋੜ।1Sw bbox=[483, 128, 545, 148]
ad-text: ਕੰਬੋਜ ਲੜਕਾ B.Tech ਕੈਨੇਡਾ ਲਈ ਲੜਕੀ ਦੀ ਲੋੜ। bbox=[152, 332, 210, 344]
classified-ad: ਲੜਕਾ 1996 5'8", Masters Computer ਲਈ B.Sc… bbox=[416, 305, 478, 344]
ad-text: ਰਾਮਗੜ੍ਹੀਆ ਲੜਕਾ 1995 ਕੱਦ 5'9" ਕੈਨੇਡਾ PR ਲ… bbox=[89, 234, 147, 252]
ad-text: Ramdasia Sikh 23 Year Software Developer… bbox=[215, 364, 273, 389]
classified-ad: Suitable Match for Canada Citizen Sikh B… bbox=[349, 174, 411, 207]
ad-text: Sikh Doctor Gurdaspur Boy 5'9" Born 1991… bbox=[26, 624, 84, 655]
ad-code: 1Sw bbox=[26, 397, 84, 404]
ad-code: 20w bbox=[416, 389, 478, 396]
classified-ad: Ramdasia Sikh Tailor Box Bar 1996/5'7", … bbox=[282, 174, 344, 213]
ad-text: ਰਾਮਗੜ੍ਹੀਆ ਲੜਕਾ 1992 ਲਈ ਲੜਕੀ ਦੀ ਲੋੜ। PR ਵ… bbox=[416, 128, 478, 140]
checkmark-icon: ✔ bbox=[617, 148, 638, 162]
ad-text: Suitable Match for MBBS Christian Boy Ab… bbox=[550, 206, 612, 231]
window-illustration bbox=[219, 37, 257, 81]
classified-ad: ਰਾਮਗੜ੍ਹੀਆ ਲੜਕਾ Preference ਲਈ Whatsapp ਲੜ… bbox=[282, 326, 344, 352]
classified-column: ਲੋੜਵਾਂ ਦੀ ਲੋੜBride Wantedਰਾਮਗੜ੍ਹੀਆ ਲੜਕਾ … bbox=[281, 108, 345, 1060]
cmyk-swatch bbox=[566, 1065, 597, 1071]
classified-column: ਲੋੜਵਾਂ ਦੀ ਲੋੜBride Wantedਰਾਮਗੜ੍ਹੀਆ ਲੜਕਾ … bbox=[151, 214, 211, 1060]
column-subheader: Bride Wanted bbox=[356, 117, 404, 125]
ad-code: 20w bbox=[349, 305, 411, 312]
ad-text: Suitable Match for Canada Citizen Sikh B… bbox=[349, 174, 411, 199]
ad-text: ਰਾਮਦਾਸੀਆ ਸਿੱਖ ਲੜਕਾ ਲਈ ਲੜਕੀ ਦੀ ਲੋੜ। bbox=[215, 429, 273, 441]
classified-ad: ਜੱਟ ਸਿੱਖ ਲੜਕਾ ਲਈ ਲੜਕੀ ਦੀ ਲੋੜ।1Sw bbox=[416, 148, 478, 168]
ad-text: Manager (Doctorate) Computer Electrical … bbox=[617, 304, 681, 335]
ad-text: ਜੱਟ ਸਿੱਖ ਲੜਕਾ ਲਈ ਸੁੰਦਰ ਲੜਕੀ ਦੀ ਲੋੜ। bbox=[550, 128, 612, 140]
